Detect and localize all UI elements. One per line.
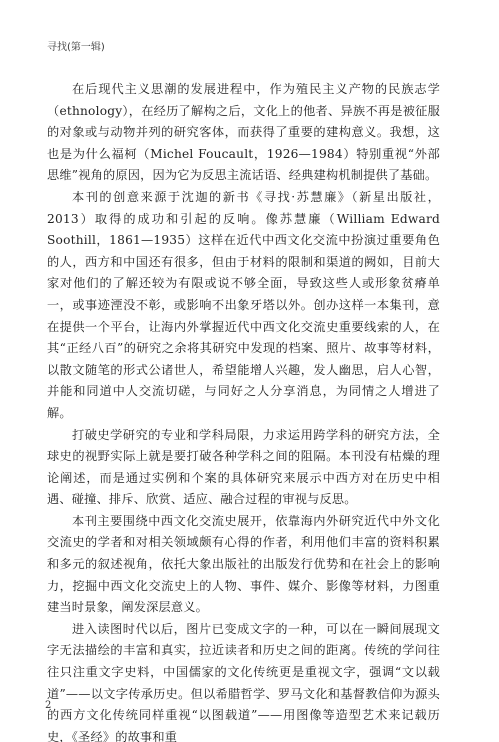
paragraph-ethnology: 在后现代主义思潮的发展进程中，作为殖民主义产物的民族志学（ethnology），… bbox=[47, 79, 440, 187]
paragraph-images: 进入读图时代以后，图片已变成文字的一种，可以在一瞬间展现文字无法描绘的丰富和真实… bbox=[47, 619, 440, 742]
paragraph-interdisciplinary: 打破史学研究的专业和学科局限，力求运用跨学科的研究方法，全球史的视野实际上就是要… bbox=[47, 425, 440, 511]
page-number: 2 bbox=[45, 700, 51, 711]
running-head: 寻找(第一辑) bbox=[47, 38, 105, 53]
body-text: 在后现代主义思潮的发展进程中，作为殖民主义产物的民族志学（ethnology），… bbox=[47, 79, 440, 742]
paragraph-origin: 本刊的创意来源于沈迦的新书《寻找·苏慧廉》（新星出版社，2013）取得的成功和引… bbox=[47, 187, 440, 425]
paragraph-scope: 本刊主要围绕中西文化交流史展开，依靠海内外研究近代中外文化交流史的学者和对相关领… bbox=[47, 511, 440, 619]
